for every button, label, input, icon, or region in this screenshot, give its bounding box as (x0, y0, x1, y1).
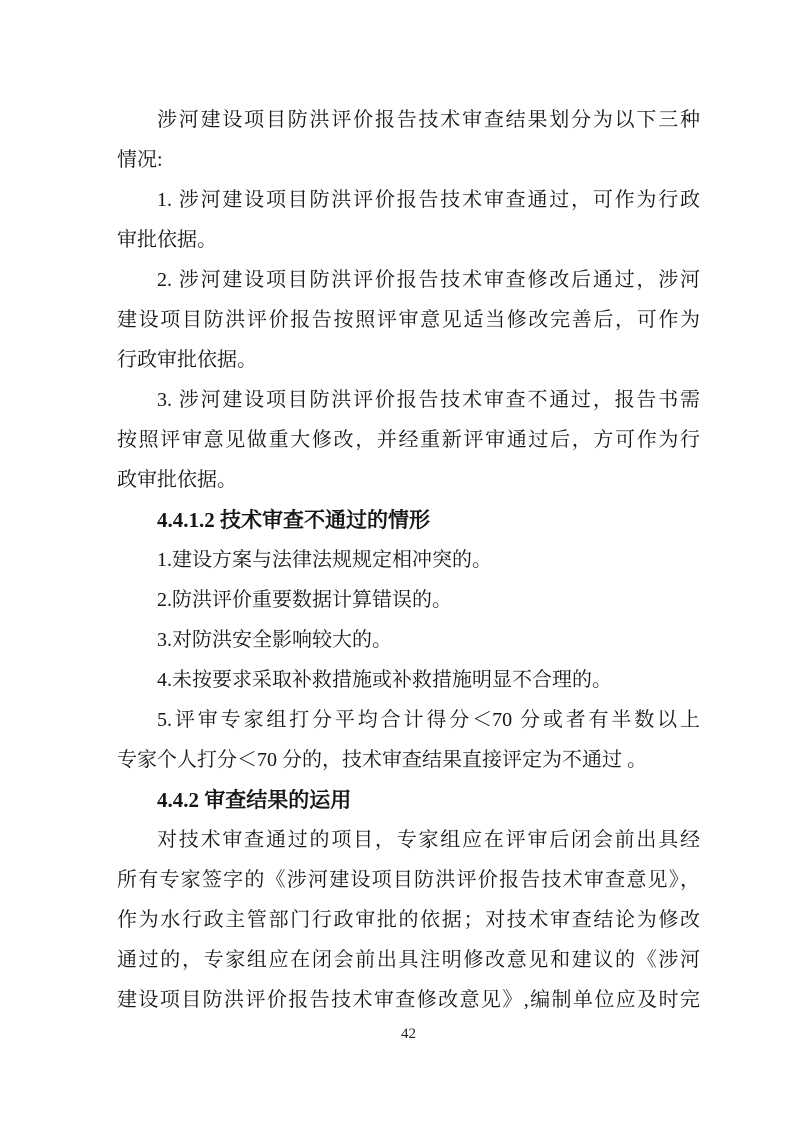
paragraph: 1.建设方案与法律法规规定相冲突的。 (117, 540, 700, 580)
text-line: 1. 涉河建设项目防洪评价报告技术审查通过，可作为行政 (117, 180, 700, 220)
text-line: 专家个人打分＜70 分的，技术审查结果直接评定为不通过 。 (117, 740, 700, 780)
paragraph: 对技术审查通过的项目，专家组应在评审后闭会前出具经所有专家签字的《涉河建设项目防… (117, 820, 700, 1020)
section-heading: 4.4.2 审查结果的运用 (117, 780, 700, 820)
paragraph: 3. 涉河建设项目防洪评价报告技术审查不通过，报告书需按照评审意见做重大修改，并… (117, 380, 700, 500)
paragraph: 5.评审专家组打分平均合计得分＜70 分或者有半数以上专家个人打分＜70 分的，… (117, 700, 700, 780)
document-body: 涉河建设项目防洪评价报告技术审查结果划分为以下三种情况:1. 涉河建设项目防洪评… (117, 100, 700, 1020)
text-line: 建设项目防洪评价报告技术审查修改意见》,编制单位应及时完 (117, 980, 700, 1020)
text-line: 按照评审意见做重大修改，并经重新评审通过后，方可作为行 (117, 420, 700, 460)
text-line: 2.防洪评价重要数据计算错误的。 (117, 580, 700, 620)
paragraph: 2.防洪评价重要数据计算错误的。 (117, 580, 700, 620)
text-line: 所有专家签字的《涉河建设项目防洪评价报告技术审查意见》， (117, 860, 700, 900)
paragraph: 涉河建设项目防洪评价报告技术审查结果划分为以下三种情况: (117, 100, 700, 180)
text-line: 对技术审查通过的项目，专家组应在评审后闭会前出具经 (117, 820, 700, 860)
text-line: 作为水行政主管部门行政审批的依据；对技术审查结论为修改 (117, 900, 700, 940)
text-line: 5.评审专家组打分平均合计得分＜70 分或者有半数以上 (117, 700, 700, 740)
text-line: 审批依据。 (117, 220, 700, 260)
text-line: 通过的，专家组应在闭会前出具注明修改意见和建议的《涉河 (117, 940, 700, 980)
paragraph: 1. 涉河建设项目防洪评价报告技术审查通过，可作为行政审批依据。 (117, 180, 700, 260)
paragraph: 3.对防洪安全影响较大的。 (117, 620, 700, 660)
text-line: 2. 涉河建设项目防洪评价报告技术审查修改后通过，涉河 (117, 260, 700, 300)
text-line: 1.建设方案与法律法规规定相冲突的。 (117, 540, 700, 580)
text-line: 涉河建设项目防洪评价报告技术审查结果划分为以下三种 (117, 100, 700, 140)
text-line: 3. 涉河建设项目防洪评价报告技术审查不通过，报告书需 (117, 380, 700, 420)
text-line: 4.未按要求采取补救措施或补救措施明显不合理的。 (117, 660, 700, 700)
text-line: 4.4.2 审查结果的运用 (117, 780, 700, 820)
text-line: 政审批依据。 (117, 460, 700, 500)
page-number: 42 (117, 1024, 700, 1044)
document-page: 涉河建设项目防洪评价报告技术审查结果划分为以下三种情况:1. 涉河建设项目防洪评… (0, 0, 793, 1122)
section-heading: 4.4.1.2 技术审查不通过的情形 (117, 500, 700, 540)
paragraph: 2. 涉河建设项目防洪评价报告技术审查修改后通过，涉河建设项目防洪评价报告按照评… (117, 260, 700, 380)
paragraph: 4.未按要求采取补救措施或补救措施明显不合理的。 (117, 660, 700, 700)
text-line: 行政审批依据。 (117, 340, 700, 380)
text-line: 建设项目防洪评价报告按照评审意见适当修改完善后，可作为 (117, 300, 700, 340)
text-line: 4.4.1.2 技术审查不通过的情形 (117, 500, 700, 540)
text-line: 3.对防洪安全影响较大的。 (117, 620, 700, 660)
text-line: 情况: (117, 140, 700, 180)
